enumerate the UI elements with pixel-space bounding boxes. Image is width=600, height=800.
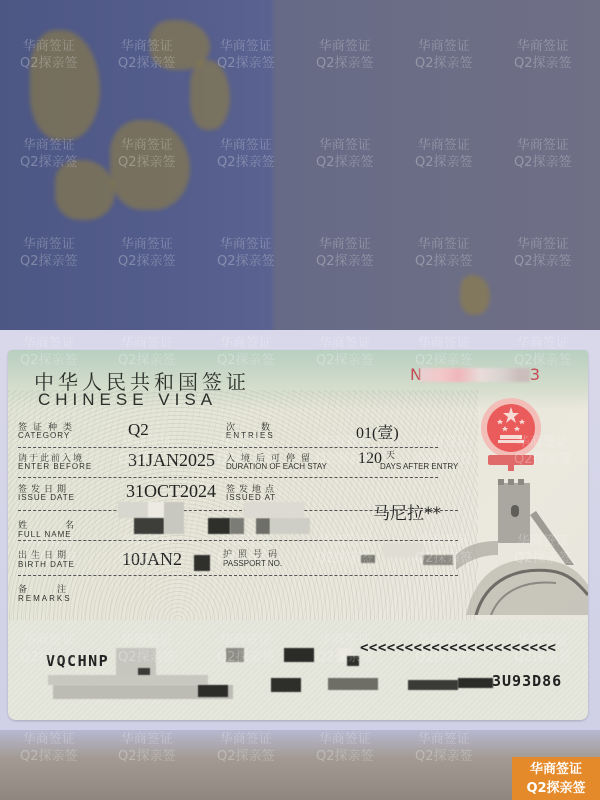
enter-before-value: 31JAN2025 [128, 450, 215, 471]
duration-label-en: DURATION OF EACH STAY [226, 462, 327, 471]
full-name-label-en: FULL NAME [18, 530, 72, 539]
divider [18, 575, 458, 576]
mrz-line-2-end: 3U93D86 [492, 672, 562, 690]
issued-at-label-en: ISSUED AT [226, 493, 276, 502]
passport-no-label-en: PASSPORT NO. [223, 559, 282, 568]
badge-line-1: 华商签证 [512, 760, 600, 779]
divider [18, 540, 458, 541]
visa-number-suffix: 3 [530, 365, 540, 384]
remarks-label-en: REMARKS [18, 594, 72, 603]
great-wall-illustration [456, 475, 588, 615]
cover-pattern [55, 160, 115, 220]
duration-unit-cn: 天 [386, 448, 395, 461]
divider [18, 510, 458, 511]
cover-pattern [110, 120, 190, 210]
badge-line-2: Q2探亲签 [512, 779, 600, 798]
visa-number: N 3 [410, 368, 540, 382]
duration-unit-en: DAYS AFTER ENTRY [380, 462, 458, 471]
enter-before-label-en: ENTER BEFORE [18, 462, 92, 471]
issue-date-value: 31OCT2024 [126, 481, 216, 502]
category-label-en: CATEGORY [18, 431, 70, 440]
redacted-visa-number [420, 368, 530, 382]
background-surface [0, 730, 600, 800]
visa-sticker: 中华人民共和国签证 CHINESE VISA N 3 签证种类 CATEGORY… [8, 350, 588, 720]
cover-pattern [460, 275, 490, 315]
national-emblem-icon [478, 395, 544, 473]
divider [18, 477, 438, 478]
visa-title-english: CHINESE VISA [38, 390, 217, 410]
category-value: Q2 [128, 420, 149, 440]
watermark-badge: 华商签证 Q2探亲签 [512, 757, 600, 800]
entries-value: 01(壹) [356, 420, 399, 443]
entries-label-en: ENTRIES [226, 431, 275, 440]
mrz-line-1-end: <<<<<<<<<<<<<<<<<<<<<< [360, 640, 556, 656]
mrz-line-1-start: VQCHNP [46, 652, 109, 670]
cover-pattern [30, 30, 100, 140]
mrz-zone [8, 620, 588, 720]
divider [18, 447, 438, 448]
birth-date-value: 10JAN2 [122, 549, 182, 570]
issued-at-value: 马尼拉** [373, 499, 441, 524]
redacted-birth-year [194, 555, 210, 571]
birth-date-label-en: BIRTH DATE [18, 560, 75, 569]
duration-value: 120 [358, 450, 382, 468]
cover-pattern [190, 60, 230, 130]
issue-date-label-en: ISSUE DATE [18, 493, 75, 502]
passport-cover [0, 0, 600, 340]
